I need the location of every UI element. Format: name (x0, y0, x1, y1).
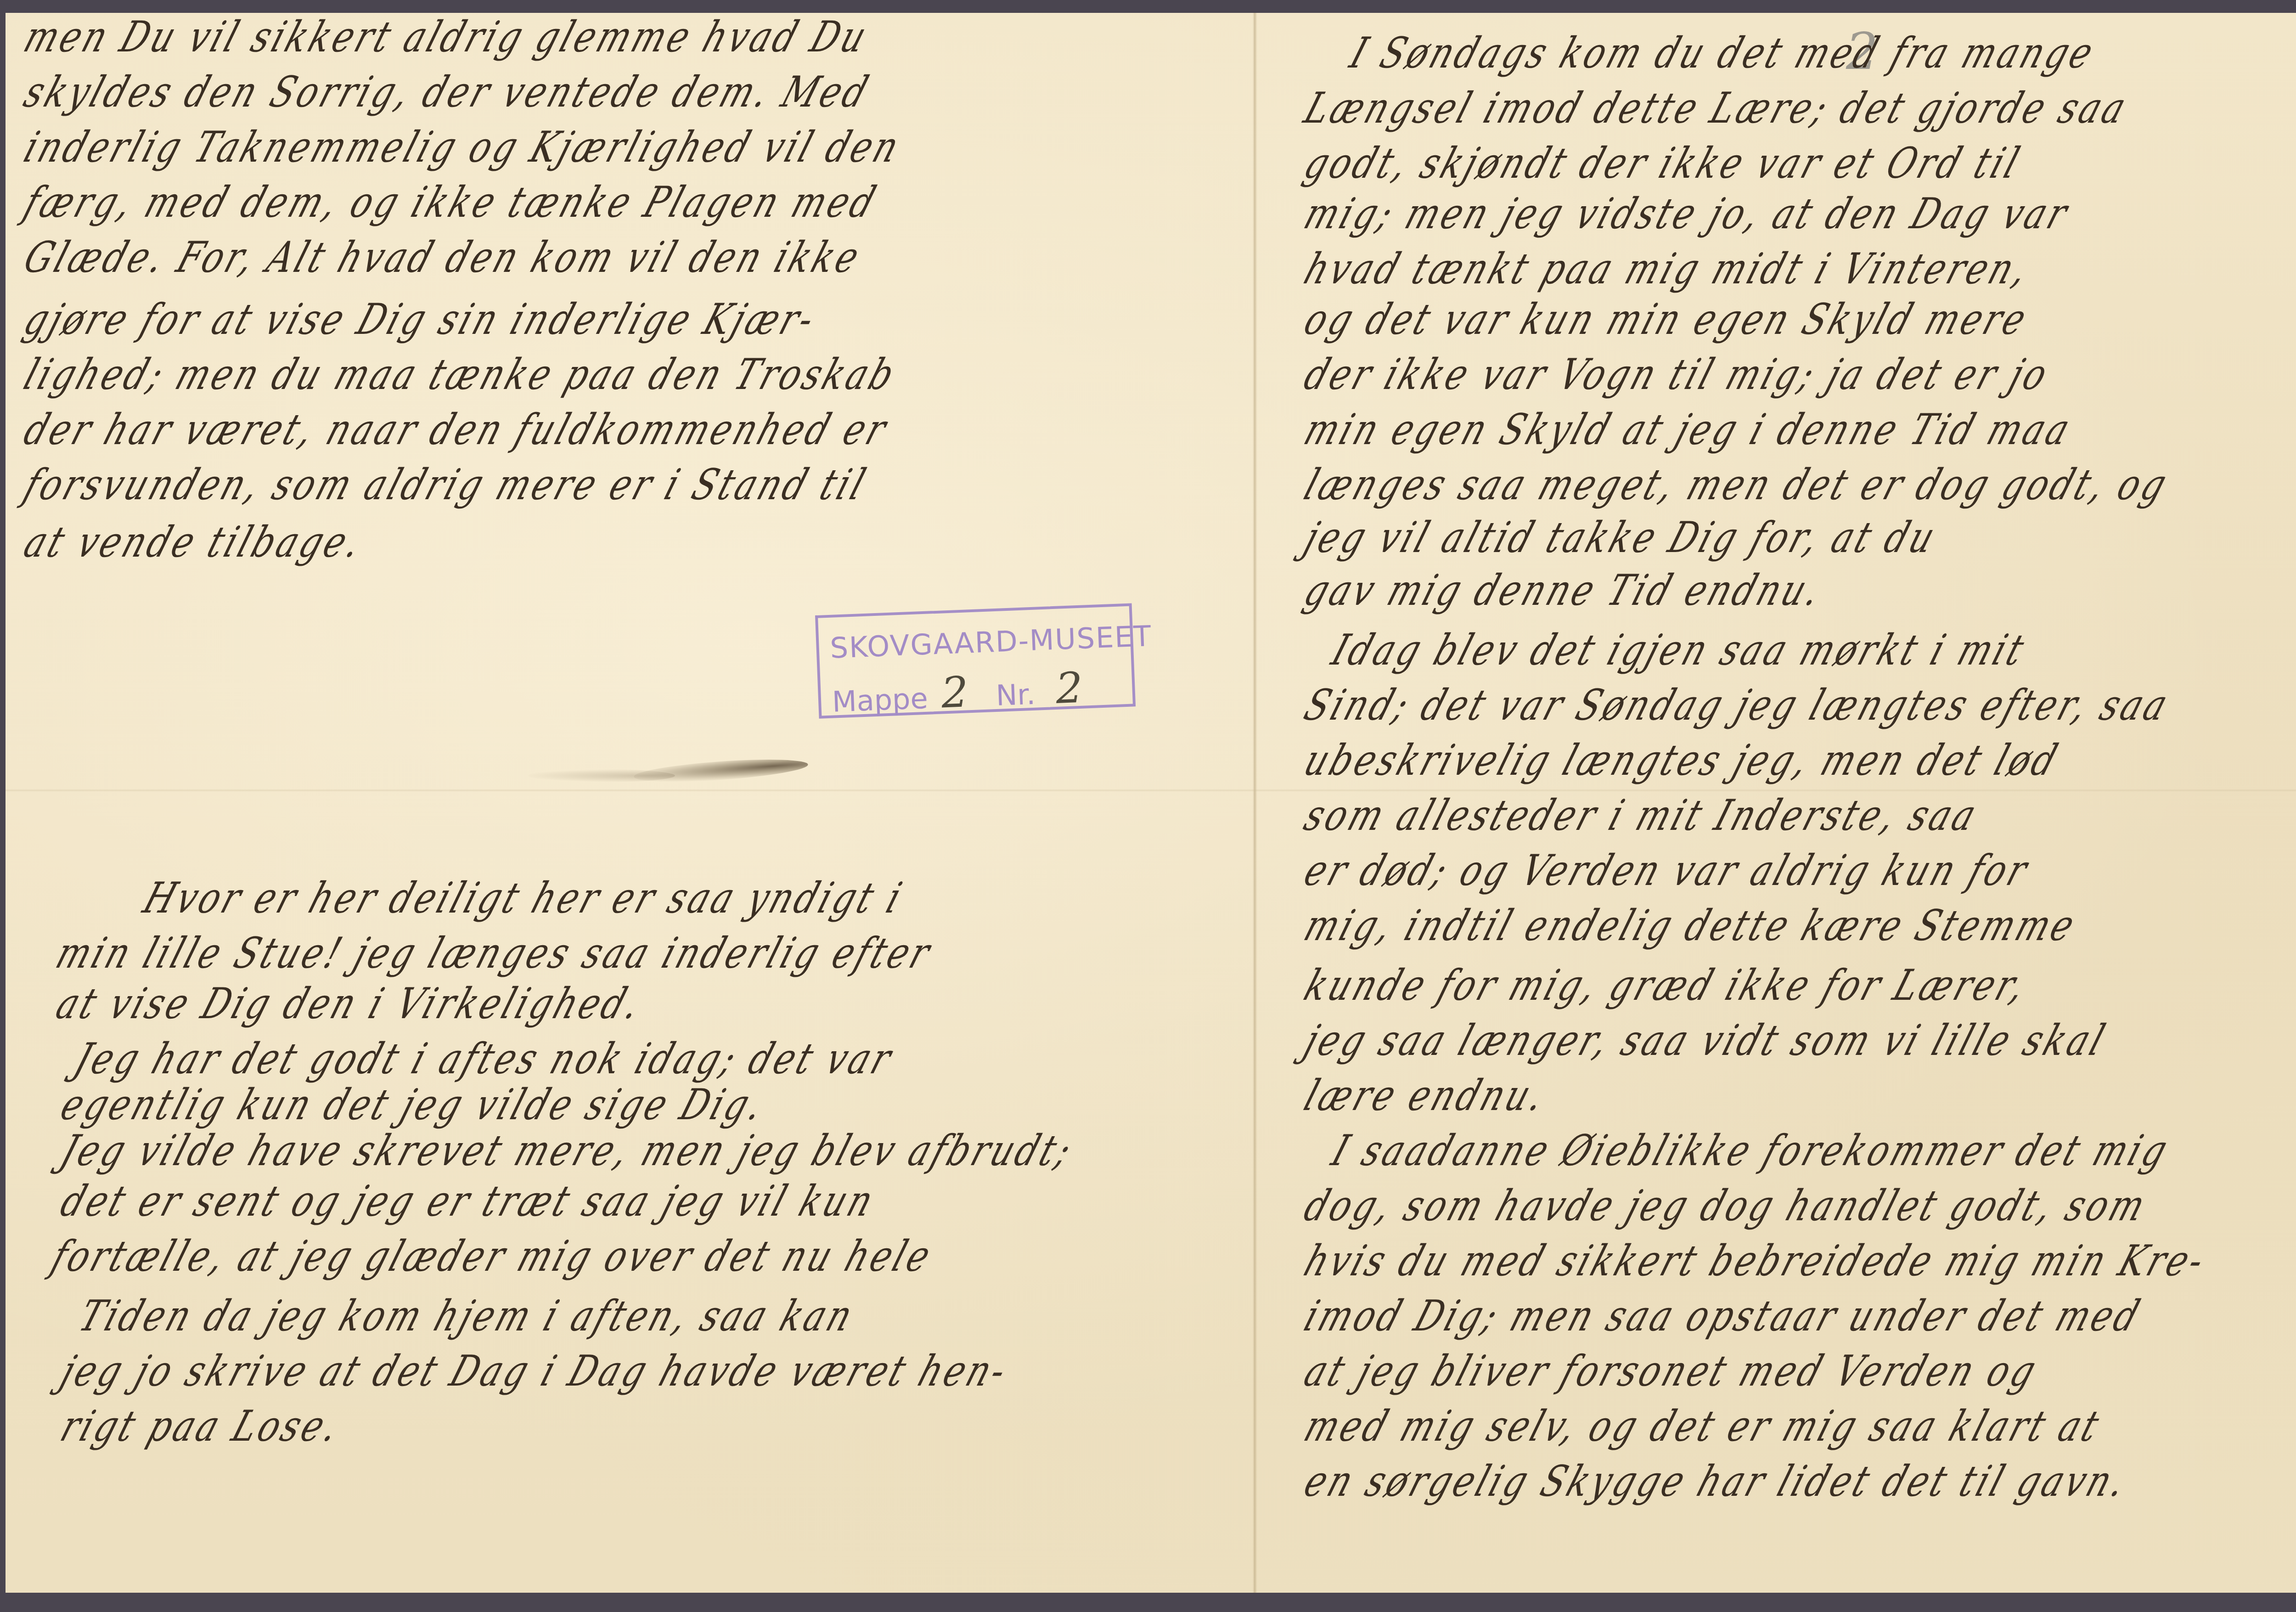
handwritten-line: fortælle, at jeg glæder mig over det nu … (47, 1235, 938, 1278)
center-fold (1253, 13, 1257, 1593)
handwritten-line: mig; men jeg vidste jo, at den Dag var (1300, 193, 2075, 236)
handwritten-line: der ikke var Vogn til mig; ja det er jo (1300, 354, 2055, 396)
handwritten-line: I saadanne Øieblikke forekommer det mig (1327, 1130, 2175, 1172)
handwritten-line: gjøre for at vise Dig sin inderlige Kjær… (19, 299, 822, 341)
handwritten-line: jeg vil altid takke Dig for, at du (1300, 517, 1942, 559)
handwritten-line: imod Dig; men saa opstaar under det med (1300, 1295, 2147, 1338)
handwritten-line: det er sent og jeg er træt saa jeg vil k… (56, 1180, 881, 1223)
handwritten-line: og det var kun min egen Skyld mere (1300, 299, 2034, 341)
handwritten-line: min egen Skyld at jeg i denne Tid maa (1300, 409, 2077, 451)
handwritten-line: skyldes den Sorrig, der ventede dem. Med (19, 71, 875, 114)
handwritten-line: at vende tilbage. (19, 521, 369, 564)
stamp-number: 2 (1055, 663, 1084, 713)
handwritten-line: jeg saa længer, saa vidt som vi lille sk… (1300, 1020, 2112, 1062)
right-page: 2 I Søndags kom du det med fra mange Læn… (1258, 13, 2296, 1593)
left-page: men Du vil sikkert aldrig glemme hvad Du… (6, 13, 1253, 1593)
handwritten-line: færg, med dem, og ikke tænke Plagen med (19, 181, 883, 224)
handwritten-line: en sørgelig Skygge har lidet det til gav… (1300, 1460, 2133, 1503)
handwritten-line: Idag blev det igjen saa mørkt i mit (1327, 629, 2032, 672)
handwritten-line: inderlig Taknemmelig og Kjærlighed vil d… (19, 126, 906, 169)
handwritten-line: Sind; det var Søndag jeg længtes efter, … (1300, 684, 2175, 727)
handwritten-line: længes saa meget, men det er dog godt, o… (1300, 464, 2174, 507)
handwritten-line: Længsel imod dette Lære; det gjorde saa (1300, 87, 2133, 130)
handwritten-line: Glæde. For, Alt hvad den kom vil den ikk… (19, 237, 867, 279)
handwritten-line: kunde for mig, græd ikke for Lærer, (1300, 964, 2033, 1007)
handwritten-line: at jeg bliver forsonet med Verden og (1300, 1350, 2043, 1393)
stamp-folder-label: Mappe (832, 682, 929, 719)
handwritten-line: min lille Stue! jeg længes saa inderlig … (51, 932, 937, 975)
handwritten-line: egentlig kun det jeg vilde sige Dig. (56, 1084, 771, 1127)
handwritten-line: godt, skjøndt der ikke var et Ord til (1300, 142, 2026, 185)
handwritten-line: er død; og Verden var aldrig kun for (1300, 850, 2035, 892)
handwritten-line: Hvor er her deiligt her er saa yndigt i (139, 877, 909, 920)
handwritten-line: Jeg har det godt i aftes nok idag; det v… (70, 1038, 899, 1081)
handwritten-line: med mig selv, og det er mig saa klart at (1300, 1405, 2106, 1448)
stamp-folder-number: 2 (940, 667, 969, 717)
handwritten-line: der har været, naar den fuldkommenhed er (19, 409, 894, 451)
handwritten-line: som allesteder i mit Inderste, saa (1300, 795, 1984, 837)
handwritten-line: at vise Dig den i Virkelighed. (51, 983, 647, 1026)
handwritten-line: Jeg vilde have skrevet mere, men jeg ble… (56, 1130, 1079, 1172)
handwritten-line: hvad tænkt paa mig midt i Vinteren, (1300, 248, 2035, 291)
museum-stamp: SKOVGAARD-MUSEET Mappe 2 Nr. 2 (815, 603, 1136, 719)
handwritten-line: hvis du med sikkert bebreidede mig min K… (1300, 1240, 2212, 1283)
handwritten-line: lære endnu. (1300, 1075, 1552, 1117)
handwritten-line: gav mig denne Tid endnu. (1300, 569, 1828, 612)
handwritten-line: I Søndags kom du det med fra mange (1345, 32, 2101, 75)
handwritten-line: lighed; men du maa tænke paa den Troskab (19, 354, 902, 396)
handwritten-line: mig, indtil endelig dette kære Stemme (1300, 905, 2082, 947)
handwritten-line: rigt paa Lose. (56, 1405, 346, 1448)
stamp-number-label: Nr. (995, 677, 1036, 712)
stamp-title: SKOVGAARD-MUSEET (829, 619, 1152, 665)
handwritten-line: dog, som havde jeg dog handlet godt, som (1300, 1185, 2153, 1228)
handwritten-line: jeg jo skrive at det Dag i Dag havde vær… (56, 1350, 1014, 1393)
handwritten-line: ubeskrivelig længtes jeg, men det lød (1300, 739, 2065, 782)
handwritten-line: men Du vil sikkert aldrig glemme hvad Du (19, 16, 874, 59)
handwritten-line: forsvunden, som aldrig mere er i Stand t… (19, 464, 872, 507)
handwritten-line: Tiden da jeg kom hjem i aften, saa kan (74, 1295, 860, 1338)
